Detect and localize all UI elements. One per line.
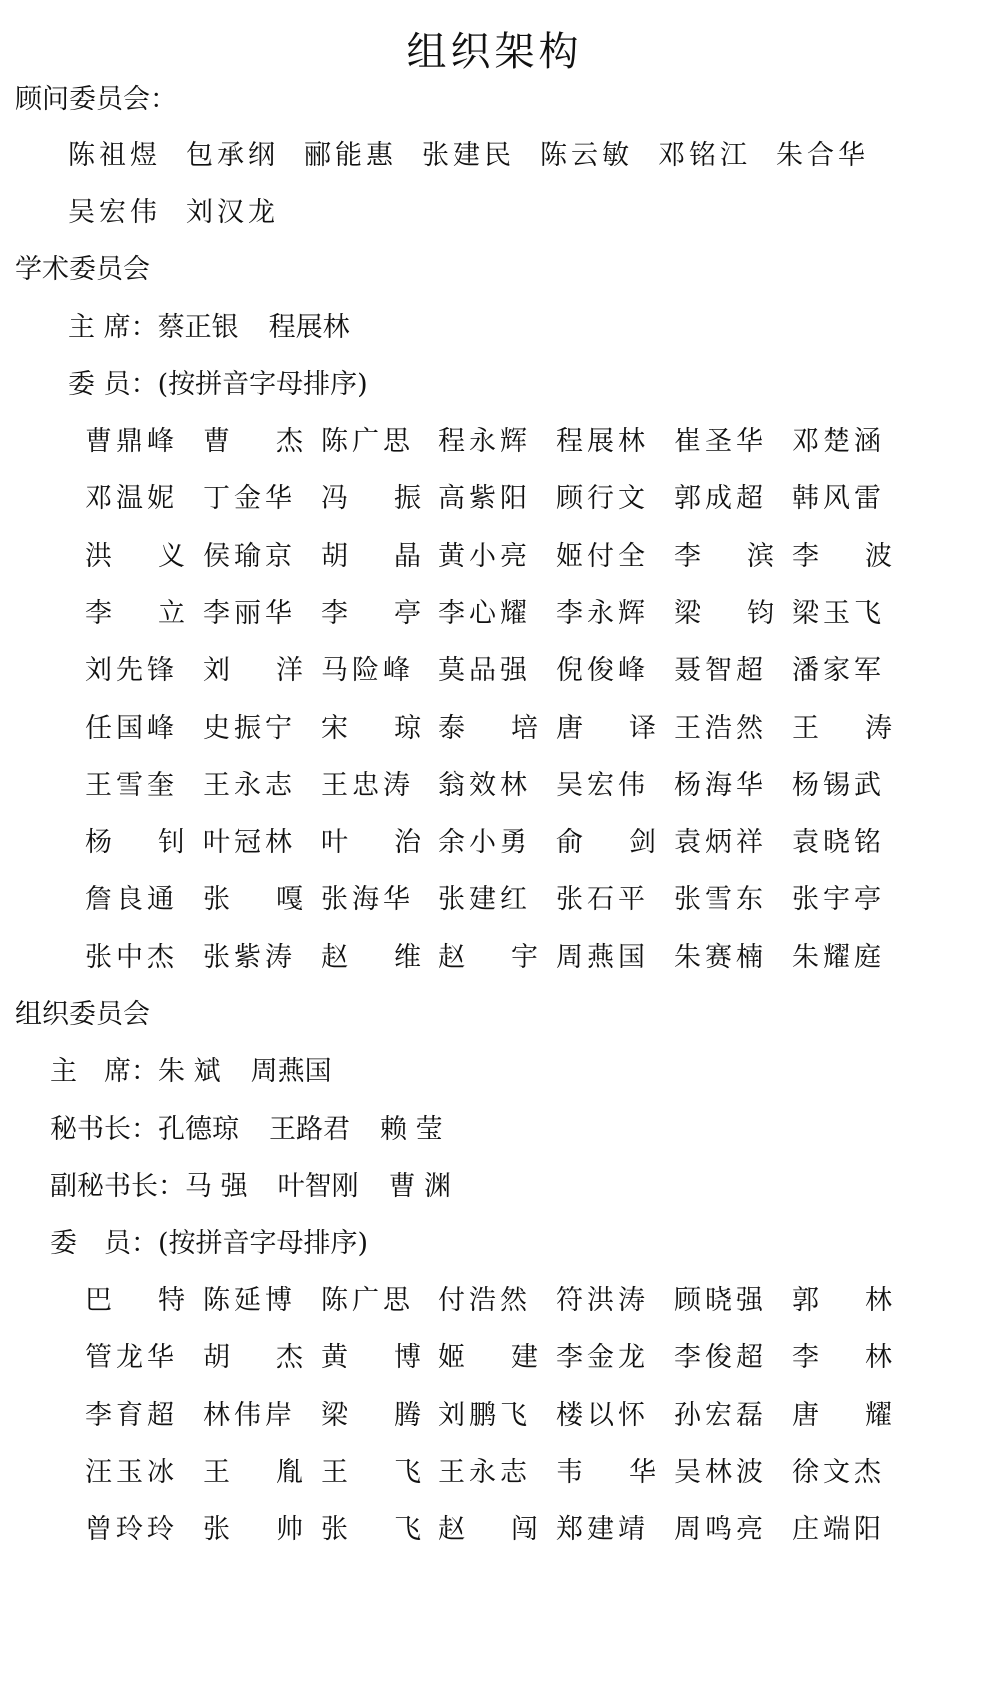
member-name: 吴宏伟	[68, 195, 161, 231]
member-name: 张紫涛	[203, 940, 296, 976]
member-name: 汪玉冰	[85, 1455, 178, 1491]
member-name: 陈云敏	[540, 138, 633, 174]
name-row: 张中杰张紫涛赵维赵宇周燕国朱赛楠朱耀庭	[0, 940, 989, 976]
member-name: 叶冠林	[203, 825, 296, 861]
name-row: 汪玉冰王胤王飞王永志韦华吴林波徐文杰	[0, 1455, 989, 1491]
secretary-label: 秘书长：	[50, 1114, 158, 1145]
member-name: 李永辉	[556, 596, 649, 632]
member-name: 顾晓强	[674, 1283, 767, 1319]
name-row: 邓温妮丁金华冯振高紫阳顾行文郭成超韩风雷	[0, 481, 989, 517]
member-name: 姬建	[438, 1340, 538, 1376]
member-name: 宋琼	[321, 711, 421, 747]
member-name: 袁炳祥	[674, 825, 767, 861]
member-name: 徐文杰	[792, 1455, 885, 1491]
member-name: 曹鼎峰	[85, 424, 178, 460]
member-name: 程永辉	[438, 424, 531, 460]
member-name: 唐译	[556, 711, 656, 747]
member-name: 李心耀	[438, 596, 531, 632]
member-name: 朱耀庭	[792, 940, 885, 976]
member-name: 管龙华	[85, 1340, 178, 1376]
academic-chair-name: 程展林	[269, 312, 350, 343]
member-name: 陈祖煜	[68, 138, 161, 174]
name-row: 陈祖煜包承纲郦能惠张建民陈云敏邓铭江朱合华	[0, 138, 989, 174]
deputy-name: 叶智刚	[278, 1171, 359, 1202]
member-name: 洪义	[85, 539, 185, 575]
member-name: 王永志	[438, 1455, 531, 1491]
secretary-name: 孔德琼	[158, 1114, 239, 1145]
member-name: 张嘎	[203, 882, 303, 918]
page-title: 组织架构	[0, 24, 989, 80]
member-name: 李林	[792, 1340, 892, 1376]
member-name: 张海华	[321, 882, 414, 918]
member-name: 张建民	[422, 138, 515, 174]
member-name: 叶治	[321, 825, 421, 861]
member-name: 张建红	[438, 882, 531, 918]
organizing-chair-name: 朱 斌	[158, 1056, 221, 1087]
member-name: 胡杰	[203, 1340, 303, 1376]
member-name: 胡晶	[321, 539, 421, 575]
member-name: 顾行文	[556, 481, 649, 517]
member-name: 李俊超	[674, 1340, 767, 1376]
member-name: 袁晓铭	[792, 825, 885, 861]
member-name: 吴林波	[674, 1455, 767, 1491]
member-name: 孙宏磊	[674, 1398, 767, 1434]
member-name: 崔圣华	[674, 424, 767, 460]
member-name: 黄博	[321, 1340, 421, 1376]
member-name: 杨锡武	[792, 768, 885, 804]
member-name: 刘汉龙	[186, 195, 279, 231]
organizing-secretaries: 秘书长：孔德琼王路君赖 莹	[50, 1112, 443, 1148]
member-name: 史振宁	[203, 711, 296, 747]
organizing-deputies: 副秘书长：马 强叶智刚曹 渊	[50, 1169, 451, 1205]
member-name: 余小勇	[438, 825, 531, 861]
member-name: 韦华	[556, 1455, 656, 1491]
member-name: 吴宏伟	[556, 768, 649, 804]
member-name: 王胤	[203, 1455, 303, 1491]
member-name: 任国峰	[85, 711, 178, 747]
member-name: 赵维	[321, 940, 421, 976]
member-name: 张飞	[321, 1512, 421, 1548]
member-name: 程展林	[556, 424, 649, 460]
member-name: 李立	[85, 596, 185, 632]
member-name: 庄端阳	[792, 1512, 885, 1548]
member-name: 张帅	[203, 1512, 303, 1548]
member-name: 侯瑜京	[203, 539, 296, 575]
name-row: 王雪奎王永志王忠涛翁效林吴宏伟杨海华杨锡武	[0, 768, 989, 804]
member-name: 张雪东	[674, 882, 767, 918]
organizing-chair-label: 主 席：	[50, 1056, 158, 1087]
member-name: 符洪涛	[556, 1283, 649, 1319]
member-name: 梁钧	[674, 596, 774, 632]
member-name: 王雪奎	[85, 768, 178, 804]
member-name: 陈广思	[321, 424, 414, 460]
member-name: 李丽华	[203, 596, 296, 632]
member-name: 泰培	[438, 711, 538, 747]
member-name: 周鸣亮	[674, 1512, 767, 1548]
academic-chair-name: 蔡正银	[158, 312, 239, 343]
member-name: 杨海华	[674, 768, 767, 804]
member-name: 曹杰	[203, 424, 303, 460]
member-name: 潘家军	[792, 653, 885, 689]
academic-heading: 学术委员会	[15, 252, 150, 288]
member-name: 邓楚涵	[792, 424, 885, 460]
academic-chairs: 主 席：蔡正银程展林	[68, 310, 350, 346]
name-row: 詹良通张嘎张海华张建红张石平张雪东张宇亭	[0, 882, 989, 918]
member-name: 张石平	[556, 882, 649, 918]
member-name: 翁效林	[438, 768, 531, 804]
member-name: 陈广思	[321, 1283, 414, 1319]
member-name: 朱赛楠	[674, 940, 767, 976]
member-name: 梁玉飞	[792, 596, 885, 632]
member-name: 郭成超	[674, 481, 767, 517]
member-name: 马险峰	[321, 653, 414, 689]
member-name: 巴特	[85, 1283, 185, 1319]
academic-members-label: 委 员：(按拼音字母排序)	[68, 367, 368, 403]
member-name: 王飞	[321, 1455, 421, 1491]
member-name: 楼以怀	[556, 1398, 649, 1434]
name-row: 刘先锋刘洋马险峰莫品强倪俊峰聂智超潘家军	[0, 653, 989, 689]
member-name: 邓温妮	[85, 481, 178, 517]
member-name: 杨钊	[85, 825, 185, 861]
member-name: 刘鹏飞	[438, 1398, 531, 1434]
name-row: 李育超林伟岸梁腾刘鹏飞楼以怀孙宏磊唐耀	[0, 1398, 989, 1434]
member-name: 朱合华	[776, 138, 869, 174]
member-name: 张宇亭	[792, 882, 885, 918]
member-name: 李育超	[85, 1398, 178, 1434]
member-name: 梁腾	[321, 1398, 421, 1434]
member-name: 刘先锋	[85, 653, 178, 689]
member-name: 郭林	[792, 1283, 892, 1319]
member-name: 赵闯	[438, 1512, 538, 1548]
member-name: 张中杰	[85, 940, 178, 976]
member-name: 曾玲玲	[85, 1512, 178, 1548]
member-name: 高紫阳	[438, 481, 531, 517]
name-row: 管龙华胡杰黄博姬建李金龙李俊超李林	[0, 1340, 989, 1376]
member-name: 王浩然	[674, 711, 767, 747]
name-row: 杨钊叶冠林叶治余小勇俞剑袁炳祥袁晓铭	[0, 825, 989, 861]
member-name: 付浩然	[438, 1283, 531, 1319]
member-name: 李金龙	[556, 1340, 649, 1376]
name-row: 巴特陈延博陈广思付浩然符洪涛顾晓强郭林	[0, 1283, 989, 1319]
name-row: 洪义侯瑜京胡晶黄小亮姬付全李滨李波	[0, 539, 989, 575]
member-name: 姬付全	[556, 539, 649, 575]
name-row: 李立李丽华李亭李心耀李永辉梁钧梁玉飞	[0, 596, 989, 632]
member-name: 李波	[792, 539, 892, 575]
academic-chair-label: 主 席：	[68, 312, 158, 343]
member-name: 聂智超	[674, 653, 767, 689]
member-name: 黄小亮	[438, 539, 531, 575]
member-name: 俞剑	[556, 825, 656, 861]
member-name: 刘洋	[203, 653, 303, 689]
member-name: 詹良通	[85, 882, 178, 918]
member-name: 李亭	[321, 596, 421, 632]
member-name: 林伟岸	[203, 1398, 296, 1434]
deputy-name: 曹 渊	[389, 1171, 452, 1202]
organizing-chair-name: 周燕国	[251, 1056, 332, 1087]
member-name: 李滨	[674, 539, 774, 575]
secretary-name: 王路君	[269, 1114, 350, 1145]
organizing-heading: 组织委员会	[15, 997, 150, 1033]
member-name: 丁金华	[203, 481, 296, 517]
member-name: 周燕国	[556, 940, 649, 976]
member-name: 冯振	[321, 481, 421, 517]
member-name: 赵宇	[438, 940, 538, 976]
name-row: 曹鼎峰曹杰陈广思程永辉程展林崔圣华邓楚涵	[0, 424, 989, 460]
member-name: 邓铭江	[658, 138, 751, 174]
organizing-members-label: 委 员：(按拼音字母排序)	[50, 1226, 368, 1262]
deputy-name: 马 强	[185, 1171, 248, 1202]
member-name: 郑建靖	[556, 1512, 649, 1548]
member-name: 包承纲	[186, 138, 279, 174]
deputy-label: 副秘书长：	[50, 1171, 185, 1202]
member-name: 倪俊峰	[556, 653, 649, 689]
member-name: 郦能惠	[304, 138, 397, 174]
name-row: 任国峰史振宁宋琼泰培唐译王浩然王涛	[0, 711, 989, 747]
member-name: 陈延博	[203, 1283, 296, 1319]
member-name: 王涛	[792, 711, 892, 747]
member-name: 韩风雷	[792, 481, 885, 517]
advisory-heading: 顾问委员会：	[15, 82, 177, 118]
secretary-name: 赖 莹	[380, 1114, 443, 1145]
organizing-chairs: 主 席：朱 斌周燕国	[50, 1054, 332, 1090]
name-row: 曾玲玲张帅张飞赵闯郑建靖周鸣亮庄端阳	[0, 1512, 989, 1548]
name-row: 吴宏伟刘汉龙	[0, 195, 989, 231]
member-name: 王忠涛	[321, 768, 414, 804]
member-name: 王永志	[203, 768, 296, 804]
member-name: 唐耀	[792, 1398, 892, 1434]
member-name: 莫品强	[438, 653, 531, 689]
